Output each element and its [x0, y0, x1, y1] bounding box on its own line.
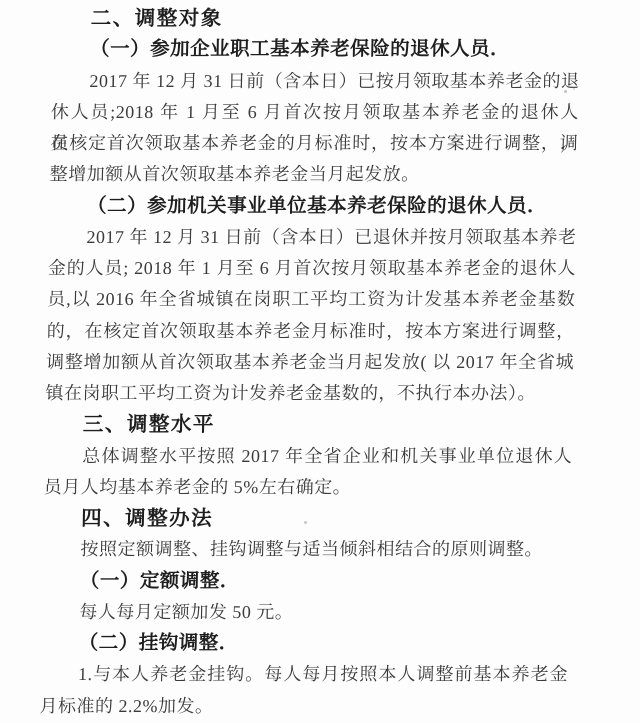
text-column: 二、调整对象（一）参加企业职工基本养老保险的退休人员．2017 年 12 月 3… [39, 3, 581, 722]
doc-line: 2017 年 12 月 31 日前（含本日）已按月领取基本养老金的退 [51, 66, 580, 97]
doc-line: 调整增加额从首次领取基本养老金当月起发放( 以 2017 年全省城 [46, 347, 575, 378]
doc-line: 三、调整水平 [45, 409, 574, 440]
doc-line: 四、调整办法 [43, 503, 572, 534]
doc-line: 二、调整对象 [52, 3, 581, 34]
doc-line: （二）挂钩调整． [40, 628, 569, 659]
doc-line: （一）定额调整． [42, 566, 571, 597]
doc-line: 总体调整水平按照 2017 年全省企业和机关事业单位退休人 [44, 441, 573, 472]
doc-line: （一）参加企业职工基本养老保险的退休人员． [52, 34, 581, 65]
doc-line: 按照定额调整、挂钩调整与适当倾斜相结合的原则调整。 [42, 534, 571, 565]
doc-line: 员月人均基本养老金的 5%左右确定。 [43, 472, 572, 503]
doc-line: 金的人员; 2018 年 1 月至 6 月首次按月领取基本养老金的退休人 [48, 253, 577, 284]
doc-line: 休人员;2018 年 1 月至 6 月首次按月领取基本养老金的退休人员， [51, 97, 580, 128]
doc-line: 整增加额从首次领取基本养老金当月起发放。 [49, 159, 578, 190]
doc-line: 月标准的 2.2%加发。 [39, 691, 568, 722]
doc-line: 2017 年 12 月 31 日前（含本日）已退休并按月领取基本养老 [48, 222, 577, 253]
doc-line: 的，在核定首次领取基本养老金月标准时，按本方案进行调整， [46, 316, 575, 347]
scanned-document-page: 二、调整对象（一）参加企业职工基本养老保险的退休人员．2017 年 12 月 3… [0, 0, 640, 723]
doc-line: 镇在岗职工平均工资为计发养老金基数的，不执行本办法）。 [45, 378, 574, 409]
doc-line: 员,以 2016 年全省城镇在岗职工平均工资为计发基本养老金基数 [47, 284, 576, 315]
doc-line: 在核定首次领取基本养老金的月标准时，按本方案进行调整，调 [50, 128, 579, 159]
doc-line: 每人每月定额加发 50 元。 [41, 597, 570, 628]
doc-line: 1.与本人养老金挂钩。每人每月按照本人调整前基本养老金 [40, 659, 569, 690]
doc-line: （二）参加机关事业单位基本养老保险的退休人员． [49, 191, 578, 222]
